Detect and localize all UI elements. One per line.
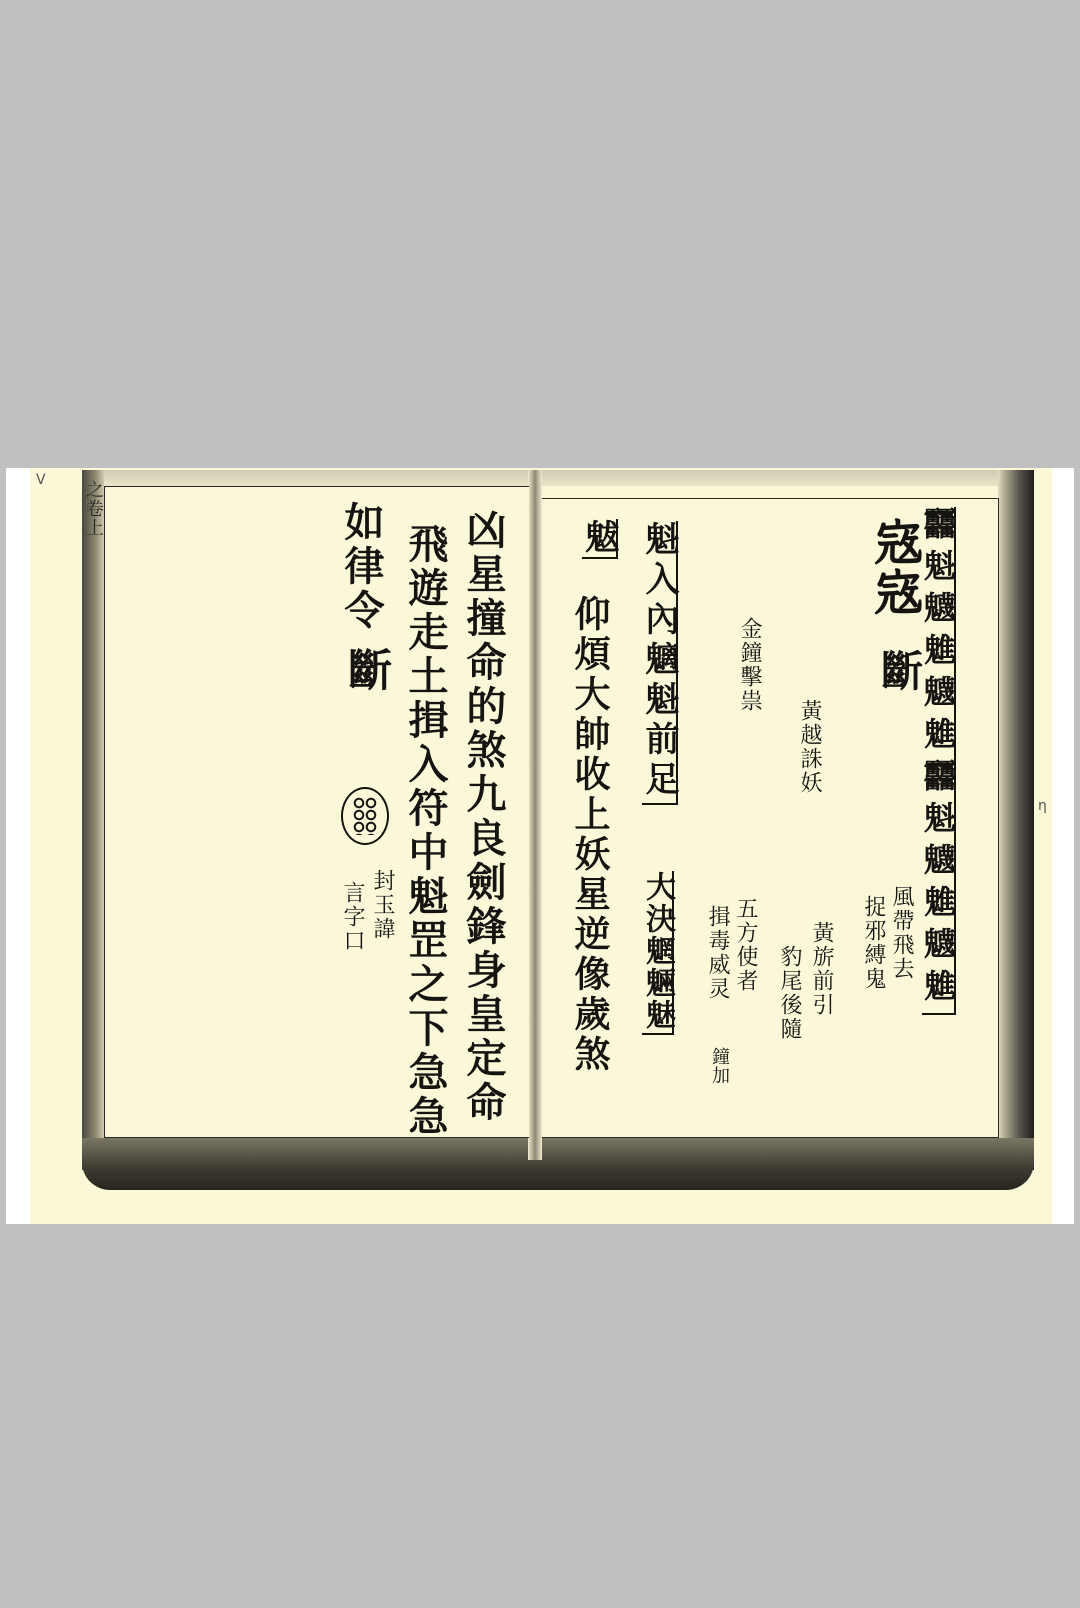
talisman-glyph-r2: 𡨥𡨥 bbox=[874, 515, 924, 615]
annotation-r11: 揖毒威灵 bbox=[706, 905, 728, 1001]
seal-dots-icon bbox=[353, 797, 377, 835]
text-column-l6: 言字口 bbox=[341, 881, 363, 953]
text-column-r16: 仰煩大帥收上妖星逆像歲煞 bbox=[572, 595, 608, 1075]
cursive-seal-r3: 斷 bbox=[878, 649, 920, 691]
corner-mark-top-left: V bbox=[36, 472, 46, 488]
text-column-l5: 封玉諱 bbox=[371, 869, 393, 941]
annotation-r8: 豹尾後隨 bbox=[778, 945, 800, 1041]
annotation-r12: 鐘加 bbox=[710, 1047, 728, 1085]
left-page: 凶星撞命的煞九良劍鋒身皇定命 飛遊走土揖入符中魁罡之下急急 如律令 斷 封玉諱 … bbox=[104, 486, 529, 1138]
talisman-column-r14: 大決魍魎魅 bbox=[642, 871, 674, 1035]
book-gutter bbox=[528, 470, 542, 1160]
corner-mark-right: η bbox=[1038, 798, 1047, 814]
annotation-r6: 黃越誅妖 bbox=[798, 699, 820, 795]
annotation-r5: 捉邪縛鬼 bbox=[862, 895, 884, 991]
annotation-r9: 金鐘擊祟 bbox=[738, 617, 760, 713]
book-left-edge: 之卷上 bbox=[82, 470, 104, 1170]
image-viewer-frame: V η 之卷上 凶星撞命的煞九良劍鋒身皇定命 飛遊走土揖入符中魁罡之下急急 如律… bbox=[6, 468, 1074, 1224]
book-top-edge bbox=[82, 470, 1034, 486]
book-spread: 之卷上 凶星撞命的煞九良劍鋒身皇定命 飛遊走土揖入符中魁罡之下急急 如律令 斷 … bbox=[82, 470, 1034, 1190]
right-page: 䨻魁𩴾魋𩴾魋䨻魁𩴾魋𩴾魋 𡨥𡨥 斷 風帶飛去 捉邪縛鬼 黃越誅妖 黃旂前引 豹尾… bbox=[542, 498, 999, 1138]
annotation-r7: 黃旂前引 bbox=[810, 921, 832, 1017]
annotation-r4: 風帶飛去 bbox=[890, 885, 912, 981]
book-bottom-roll bbox=[82, 1138, 1034, 1190]
scanned-manuscript-page: V η 之卷上 凶星撞命的煞九良劍鋒身皇定命 飛遊走土揖入符中魁罡之下急急 如律… bbox=[30, 468, 1052, 1224]
text-column-l3: 如律令 bbox=[341, 501, 381, 633]
margin-marks: 之卷上 bbox=[84, 480, 102, 537]
book-right-edge bbox=[998, 470, 1034, 1170]
seal-talisman-icon bbox=[341, 787, 389, 845]
talisman-column-r15: 魃 bbox=[582, 519, 618, 559]
text-column-l1: 凶星撞命的煞九良劍鋒身皇定命 bbox=[463, 509, 503, 1125]
cursive-seal-glyph: 斷 bbox=[343, 647, 387, 691]
annotation-r10: 五方使者 bbox=[734, 897, 756, 993]
text-column-l2: 飛遊走土揖入符中魁罡之下急急 bbox=[405, 523, 445, 1139]
talisman-column-r13: 魁入內魑魁前足 bbox=[642, 521, 678, 805]
